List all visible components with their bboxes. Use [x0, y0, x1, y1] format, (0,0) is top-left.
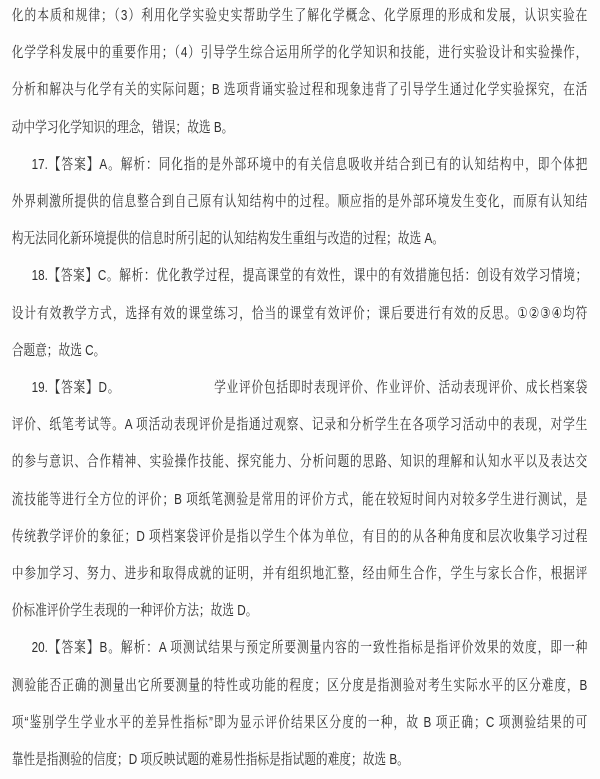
paragraph-answer-20: 20.【答案】B。解析：A 项测试结果与预定所要测量内容的一致性指标是指评价效果… [12, 629, 588, 778]
text-line: 外界刺激所提供的信息整合到自己原有认知结构中的过程。顺应指的是外部环境发生变化，… [12, 183, 588, 220]
text-line: 合题意；故选 C。 [12, 332, 588, 369]
text-line: 测验能否正确的测量出它所要测量的特性或功能的程度；区分度是指测验对考生实际水平的… [12, 667, 588, 704]
text-line: 评价、纸笔考试等。A 项活动表现评价是指通过观察、记录和分析学生在各项学习活动中… [12, 406, 588, 443]
text-line: 动中学习化学知识的理念，错误；故选 B。 [12, 109, 588, 146]
paragraph-answer-19: 19.【答案】D。 学业评价包括即时表现评价、作业评价、活动表现评价、成长档案袋… [12, 369, 588, 629]
text-line: 流技能等进行全方位的评价；B 项纸笔测验是常用的评价方式，能在较短时间内对较多学… [12, 481, 588, 518]
paragraph-answer-16-continuation: 化的本质和规律；（3）利用化学实验史实帮助学生了解化学概念、化学原理的形成和发展… [12, 0, 588, 146]
text-line: 的参与意识、合作精神、实验操作技能、探究能力、分析问题的思路、知识的理解和认知水… [12, 443, 588, 480]
paragraph-answer-17: 17.【答案】A。解析：同化指的是外部环境中的有关信息吸收并结合到已有的认知结构… [12, 146, 588, 258]
text-line: 价标准评价学生表现的一种评价方法；故选 D。 [12, 592, 588, 629]
text-line: 化学学科发展中的重要作用；（4）引导学生综合运用所学的化学知识和技能，进行实验设… [12, 34, 588, 71]
text-line: 分析和解决与化学有关的实际问题；B 选项背诵实验过程和现象违背了引导学生通过化学… [12, 71, 588, 108]
text-line: 17.【答案】A。解析：同化指的是外部环境中的有关信息吸收并结合到已有的认知结构… [12, 146, 588, 183]
paragraph-answer-18: 18.【答案】C。解析：优化教学过程，提高课堂的有效性，课中的有效措施包括：创设… [12, 257, 588, 369]
text-line: 19.【答案】D。 学业评价包括即时表现评价、作业评价、活动表现评价、成长档案袋 [12, 369, 588, 406]
document-page: 化的本质和规律；（3）利用化学实验史实帮助学生了解化学概念、化学原理的形成和发展… [0, 0, 595, 778]
text-line: 项“鉴别学生学业水平的差异性指标”即为显示评价结果区分度的一种，故 B 项正确；… [12, 704, 588, 741]
text-line: 化的本质和规律；（3）利用化学实验史实帮助学生了解化学概念、化学原理的形成和发展… [12, 0, 588, 34]
text-line: 中参加学习、努力、进步和取得成就的证明，并有组织地汇整，经由师生合作，学生与家长… [12, 555, 588, 592]
text-line: 18.【答案】C。解析：优化教学过程，提高课堂的有效性，课中的有效措施包括：创设… [12, 257, 588, 294]
text-line: 设计有效教学方式，选择有效的课堂练习，恰当的课堂有效评价；课后要进行有效的反思。… [12, 295, 588, 332]
text-line: 20.【答案】B。解析：A 项测试结果与预定所要测量内容的一致性指标是指评价效果… [12, 629, 588, 666]
text-line: 构无法同化新环境提供的信息时所引起的认知结构发生重组与改造的过程；故选 A。 [12, 220, 588, 257]
text-line: 传统教学评价的象征；D 项档案袋评价是指以学生个体为单位，有目的的从各种角度和层… [12, 518, 588, 555]
text-line: 靠性是指测验的信度；D 项反映试题的难易性指标是指试题的难度；故选 B。 [12, 741, 588, 778]
